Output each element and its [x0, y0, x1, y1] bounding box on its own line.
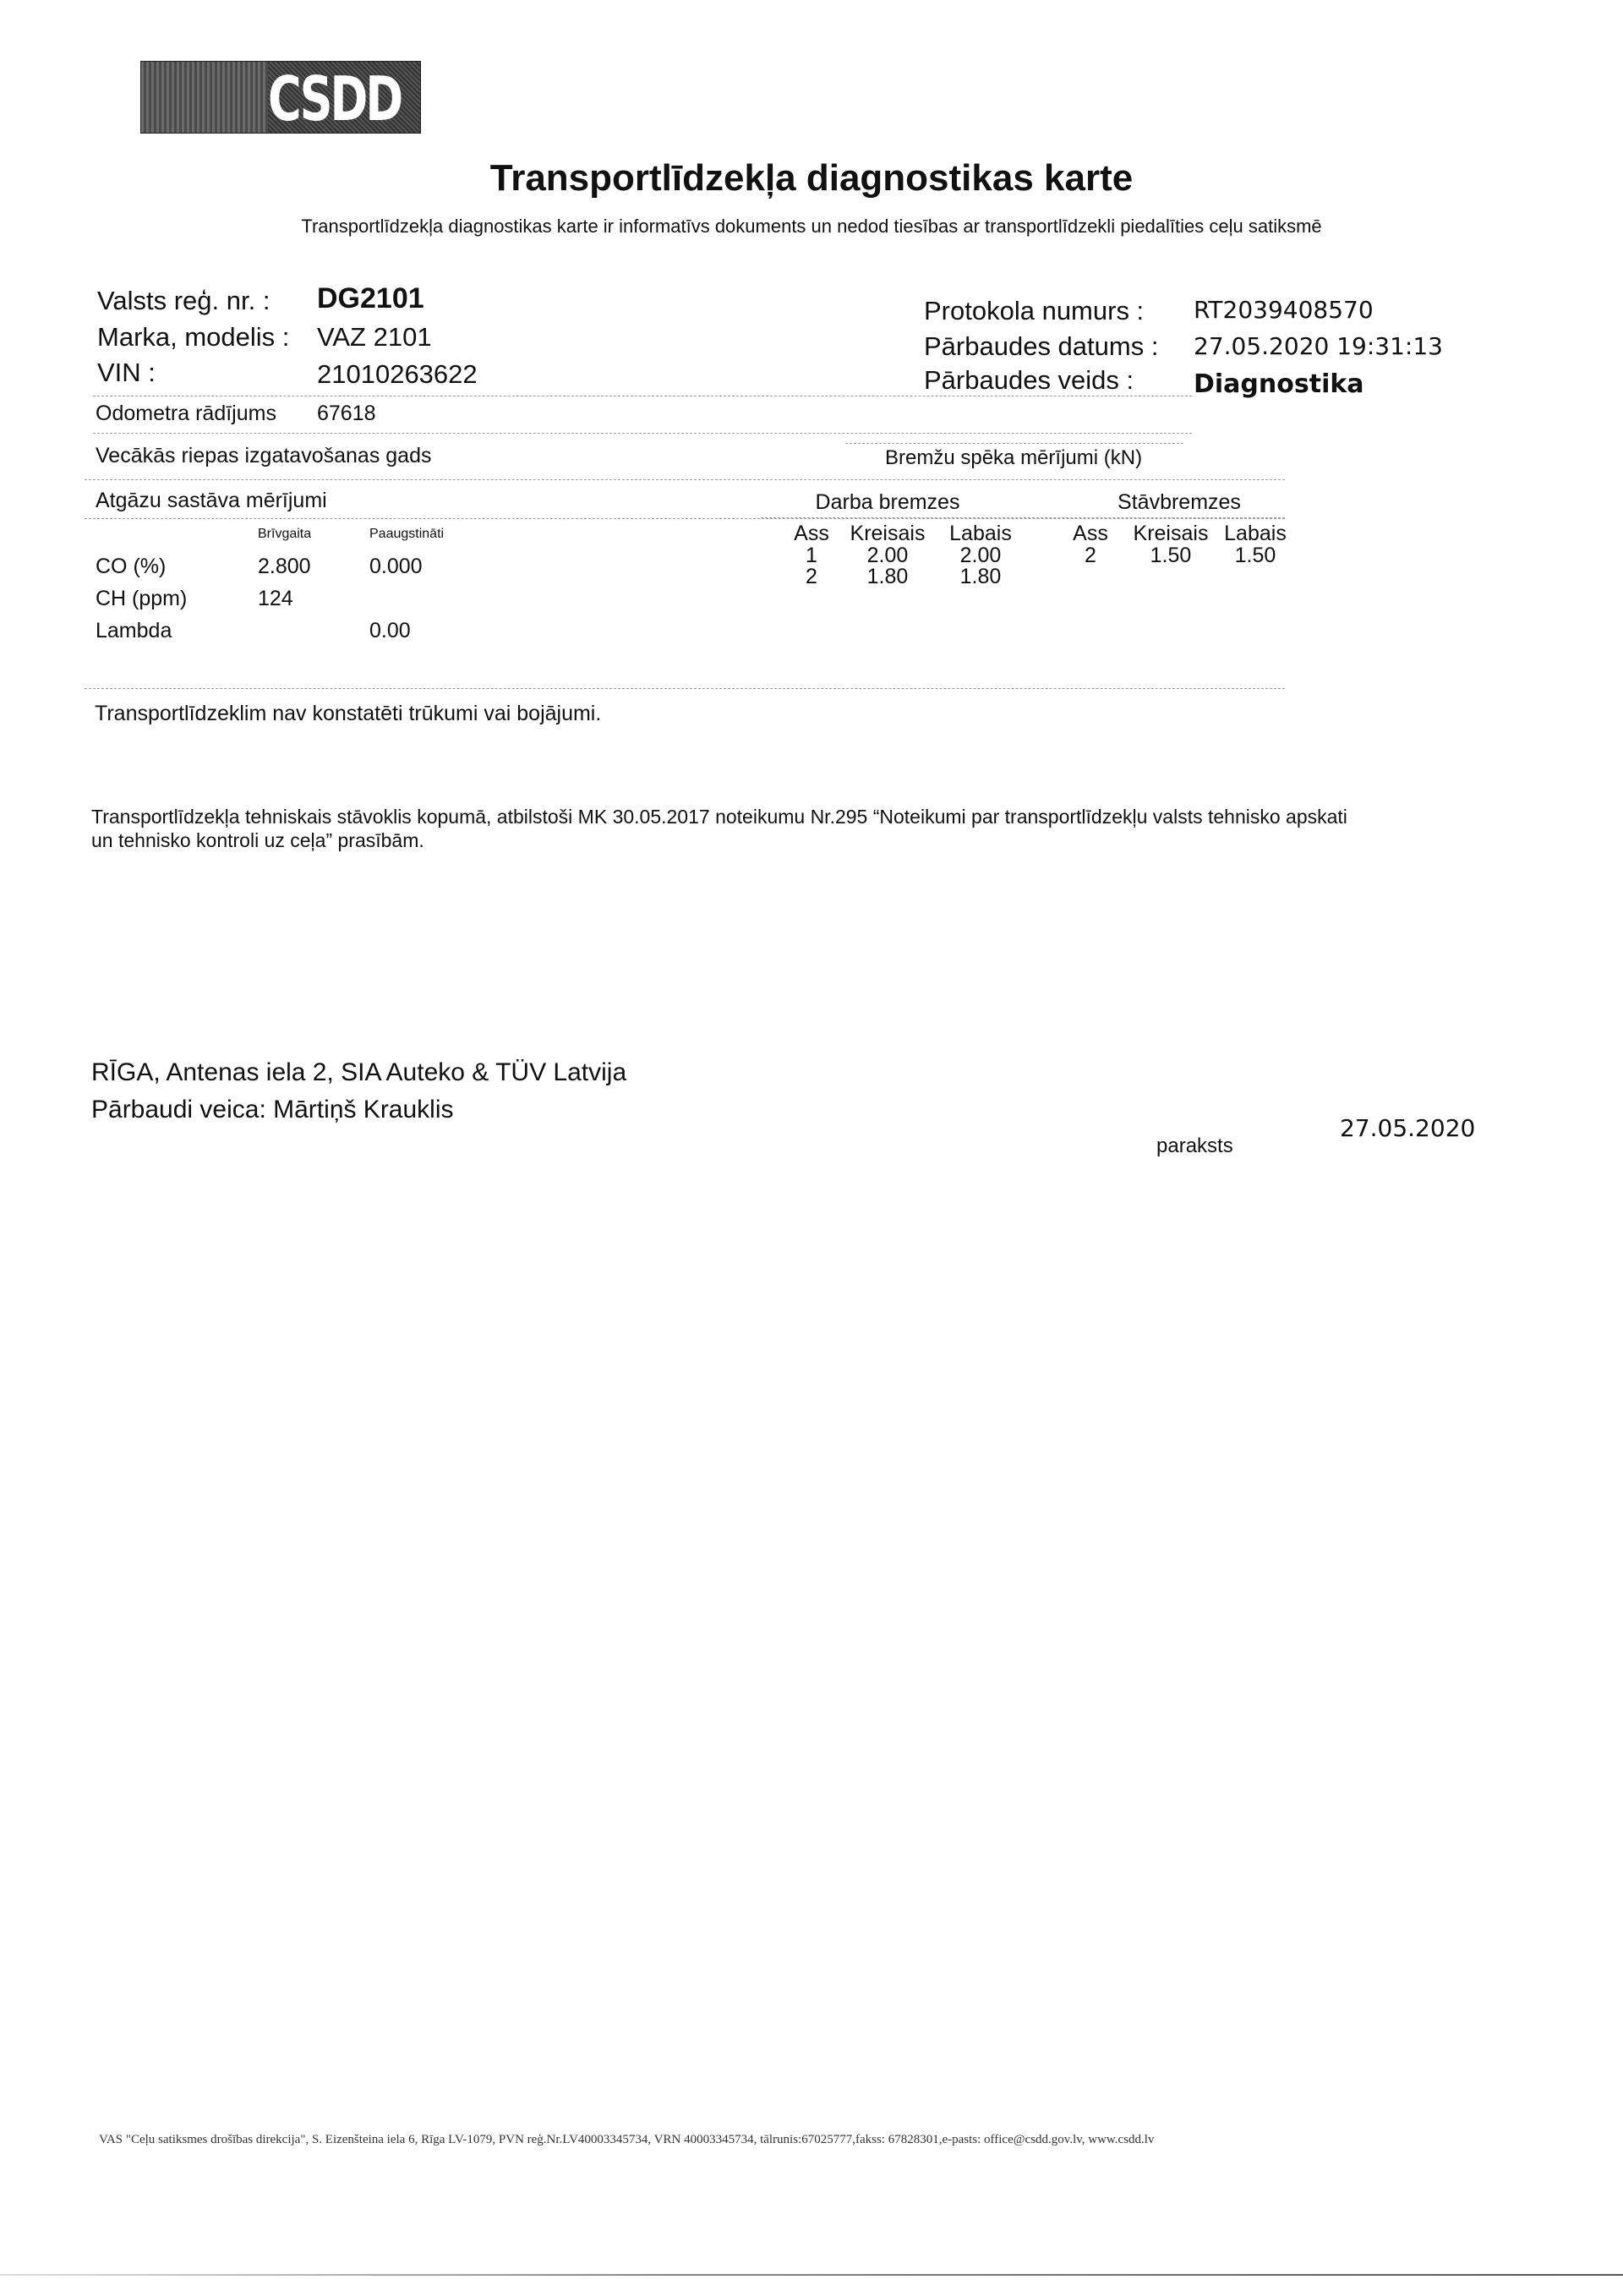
inspector-name: Pārbaudi veica: Mārtiņš Krauklis: [91, 1096, 454, 1124]
conclusion-line-2: un tehnisko kontroli uz ceļa” prasībām.: [91, 829, 424, 852]
conclusion-line-1: Transportlīdzekļa tehniskais stāvoklis k…: [91, 806, 1347, 828]
emissions-raised-value: 0.000: [369, 555, 423, 579]
emissions-raised-value: 0.00: [369, 619, 411, 643]
emissions-row-label: CO (%): [96, 555, 166, 579]
emissions-title: Atgāzu sastāva mērījumi: [96, 489, 327, 513]
divider: [85, 688, 1285, 689]
reg-value: DG2101: [317, 282, 424, 315]
parking-col-right: Labais: [1205, 522, 1306, 546]
reg-label: Valsts reģ. nr. :: [97, 286, 270, 316]
logo-band: [141, 62, 268, 133]
right-value: 1.80: [930, 565, 1031, 589]
protocol-number-value: RT2039408570: [1194, 296, 1374, 324]
emissions-col-idle: Brīvgaita: [258, 527, 311, 542]
make-value: VAZ 2101: [317, 322, 432, 353]
inspection-date-value: 27.05.2020 19:31:13: [1194, 332, 1443, 360]
service-col-right: Labais: [930, 522, 1031, 546]
make-label: Marka, modelis :: [97, 322, 289, 353]
inspection-type-value: Diagnostika: [1194, 369, 1364, 399]
scan-edge: [0, 2274, 1623, 2276]
inspection-date-label: Pārbaudes datums :: [924, 331, 1158, 362]
signature-date: 27.05.2020: [1340, 1114, 1475, 1142]
inspection-location: RĪGA, Antenas iela 2, SIA Auteko & TÜV L…: [91, 1058, 626, 1087]
parking-brakes-title: Stāvbremzes: [1099, 490, 1260, 515]
page-title: Transportlīdzekļa diagnostikas karte: [0, 157, 1623, 200]
footer-text: VAS "Ceļu satiksmes drošības direkcija",…: [99, 2133, 1154, 2147]
tyre-label: Vecākās riepas izgatavošanas gads: [96, 444, 431, 468]
inspection-type-label: Pārbaudes veids :: [924, 365, 1134, 396]
divider: [93, 396, 1192, 396]
logo-text: CSDD: [268, 63, 401, 134]
findings-text: Transportlīdzeklim nav konstatēti trūkum…: [95, 702, 601, 726]
divider: [93, 433, 1192, 434]
csdd-logo: CSDD: [140, 61, 421, 134]
odometer-value: 67618: [317, 402, 376, 426]
signature-label: paraksts: [1156, 1134, 1233, 1158]
vin-label: VIN :: [97, 358, 156, 388]
service-brakes-title: Darba bremzes: [799, 490, 976, 515]
emissions-col-raised: Paaugstināti: [369, 527, 444, 542]
divider: [845, 443, 1183, 444]
emissions-row-label: CH (ppm): [96, 587, 187, 611]
brakes-title: Bremžu spēka mērījumi (kN): [885, 446, 1142, 470]
page-subtitle: Transportlīdzekļa diagnostikas karte ir …: [0, 216, 1623, 238]
vin-value: 21010263622: [317, 359, 478, 390]
divider: [85, 479, 1285, 480]
right-value: 1.50: [1205, 544, 1306, 568]
emissions-idle-value: 2.800: [258, 555, 311, 579]
emissions-idle-value: 124: [258, 587, 293, 611]
odometer-label: Odometra rādījums: [96, 402, 276, 426]
emissions-row-label: Lambda: [96, 619, 172, 643]
protocol-number-label: Protokola numurs :: [924, 296, 1144, 326]
divider: [761, 517, 1285, 518]
divider: [85, 518, 1285, 519]
